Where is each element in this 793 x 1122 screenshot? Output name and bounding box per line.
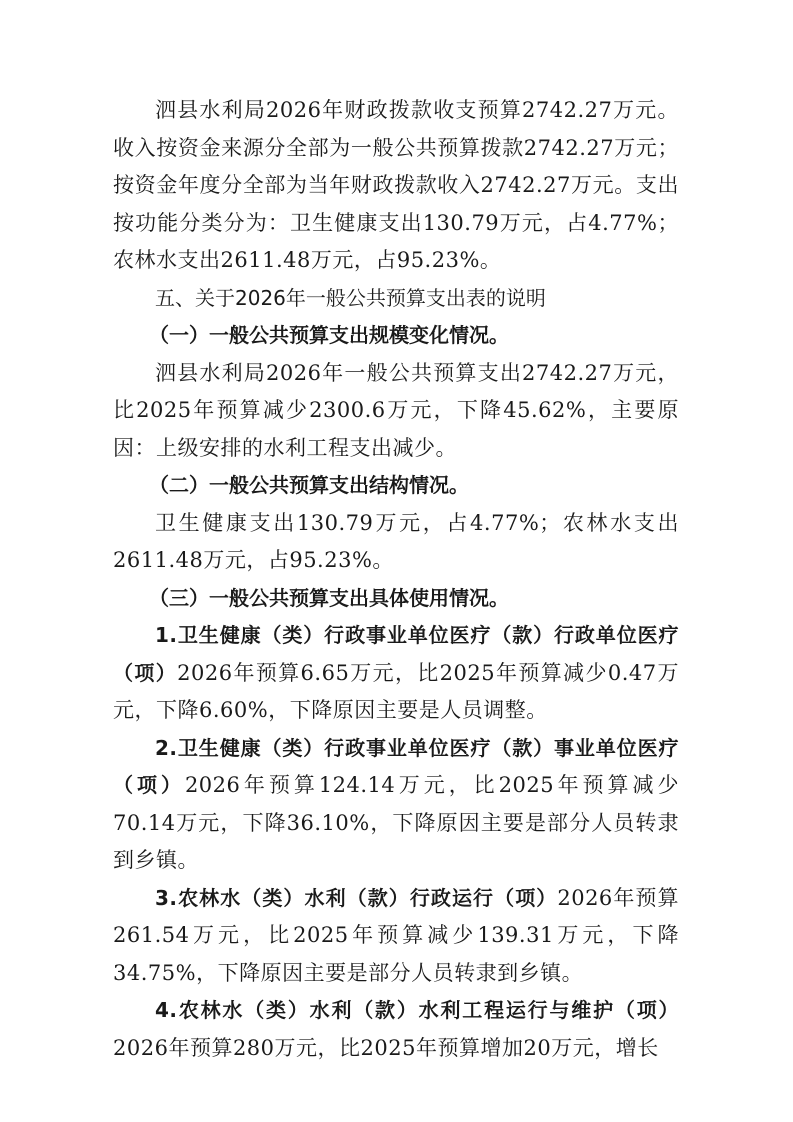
subsection-1-heading: （一）一般公共预算支出规模变化情况。 <box>113 317 679 355</box>
subsection-1-body: 泗县水利局2026年一般公共预算支出2742.27万元，比2025年预算减少23… <box>113 355 679 468</box>
subsection-3-heading: （三）一般公共预算支出具体使用情况。 <box>113 580 679 618</box>
expenditure-item-4: 4.农林水（类）水利（款）水利工程运行与维护（项）2026年预算280万元，比2… <box>113 992 679 1067</box>
subsection-2-body: 卫生健康支出130.79万元，占4.77%；农林水支出2611.48万元，占95… <box>113 505 679 580</box>
item-2-text: 2026年预算124.14万元，比2025年预算减少70.14万元，下降36.1… <box>113 773 679 872</box>
expenditure-item-1: 1.卫生健康（类）行政事业单位医疗（款）行政单位医疗（项）2026年预算6.65… <box>113 617 679 730</box>
item-1-text: 2026年预算6.65万元，比2025年预算减少0.47万元，下降6.60%，下… <box>113 661 679 723</box>
subsection-2-heading: （二）一般公共预算支出结构情况。 <box>113 467 679 505</box>
expenditure-item-3: 3.农林水（类）水利（款）行政运行（项）2026年预算261.54万元，比202… <box>113 880 679 993</box>
item-3-title: 3.农林水（类）水利（款）行政运行（项） <box>155 886 557 910</box>
paragraph-intro: 泗县水利局2026年财政拨款收支预算2742.27万元。收入按资金来源分全部为一… <box>113 92 679 280</box>
expenditure-item-2: 2.卫生健康（类）行政事业单位医疗（款）事业单位医疗（项）2026年预算124.… <box>113 730 679 880</box>
item-4-text: 2026年预算280万元，比2025年预算增加20万元，增长 <box>113 1036 659 1060</box>
section-five-heading: 五、关于2026年一般公共预算支出表的说明 <box>113 280 679 318</box>
item-4-title: 4.农林水（类）水利（款）水利工程运行与维护（项） <box>155 998 679 1022</box>
document-page: 泗县水利局2026年财政拨款收支预算2742.27万元。收入按资金来源分全部为一… <box>113 92 679 1067</box>
